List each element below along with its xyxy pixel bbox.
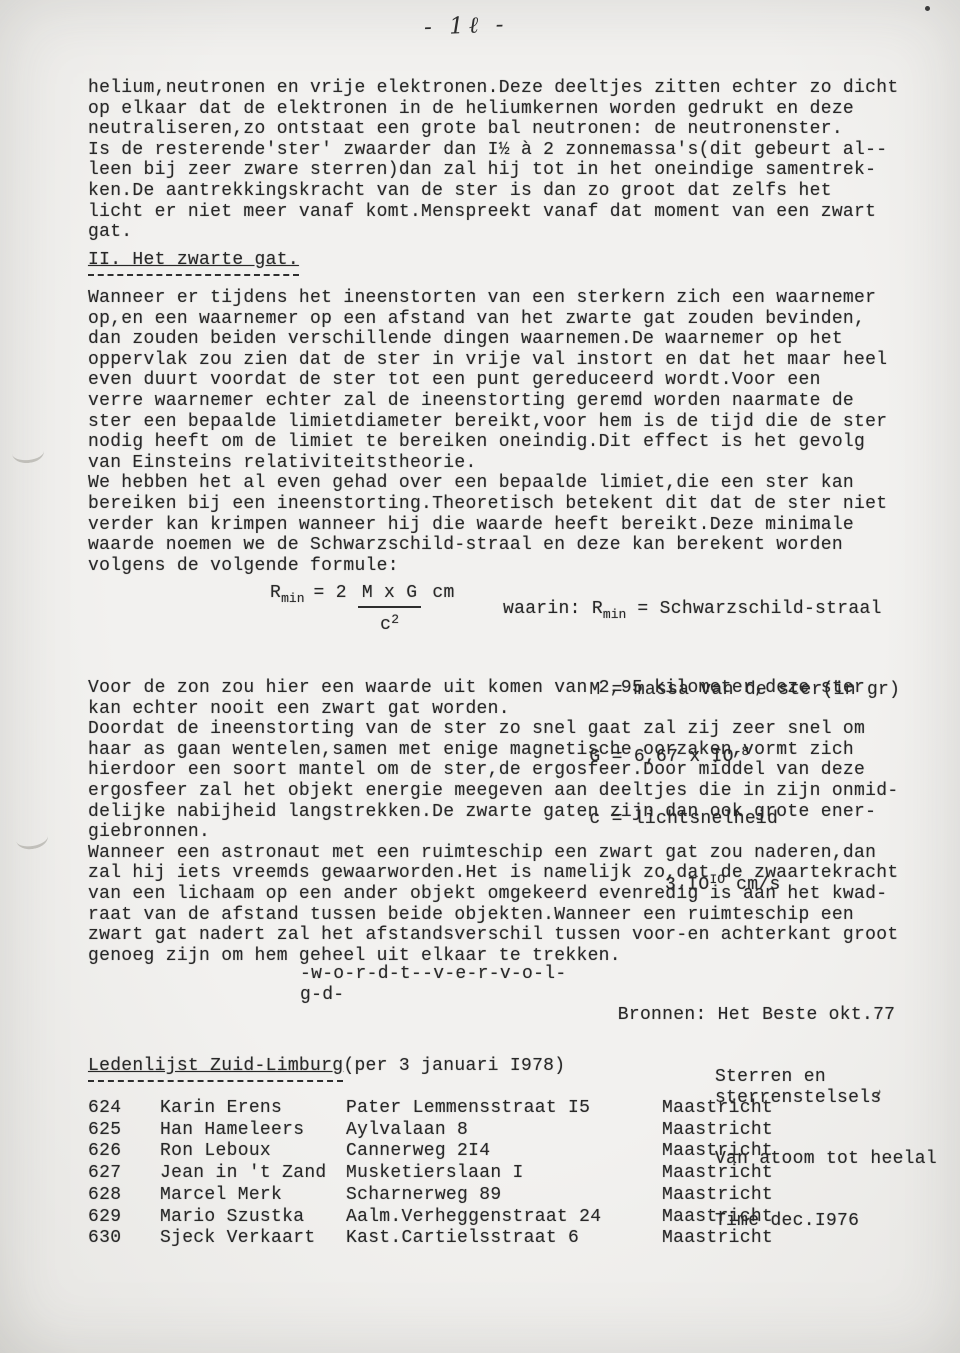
- member-no: 628: [88, 1185, 160, 1207]
- member-name: Karin Erens: [160, 1098, 346, 1120]
- member-name: Marcel Merk: [160, 1185, 346, 1207]
- sources-line: Bronnen: Het Beste okt.77: [618, 1005, 960, 1026]
- member-no: 624: [88, 1098, 160, 1120]
- member-table: 624 Karin Erens Pater Lemmensstraat I5 M…: [88, 1098, 773, 1250]
- to-be-continued-marker: -w-o-r-d-t--v-e-r-v-o-l-g-d-: [300, 964, 576, 1005]
- section-heading-text: II. Het zwarte gat.: [88, 250, 299, 276]
- formula-unit: cm: [432, 583, 454, 604]
- member-address: Musketierslaan I: [346, 1163, 662, 1185]
- member-city: Maastricht: [662, 1098, 773, 1120]
- body-paragraph-ergosphere: Voor de zon zou hier een waarde uit kome…: [88, 678, 898, 966]
- margin-mark: [14, 825, 49, 851]
- scanned-document-page: - 1ℓ - helium,neutronen en vrije elektro…: [0, 0, 960, 1353]
- memberlist-heading-underlined: Ledenlijst Zuid-Limburg: [88, 1056, 343, 1082]
- scan-speck-dot: [925, 6, 930, 11]
- legend-line-rmin: waarin: Rmin = Schwarzschild-straal: [503, 599, 900, 626]
- body-paragraph-black-hole: Wanneer er tijdens het ineenstorten van …: [88, 288, 887, 576]
- page-number: - 1ℓ -: [424, 15, 509, 39]
- formula-numerator: M x G: [358, 583, 422, 608]
- member-name: Sjeck Verkaart: [160, 1228, 346, 1250]
- member-city: Maastricht: [662, 1141, 773, 1163]
- formula-fraction: M x G c2: [358, 583, 422, 635]
- formula-denominator: c2: [380, 608, 399, 636]
- formula-expression: Rmin = 2 M x G c2 cm: [270, 583, 455, 635]
- member-no: 626: [88, 1141, 160, 1163]
- intro-paragraph: helium,neutronen en vrije elektronen.Dez…: [88, 78, 898, 243]
- section-heading: II. Het zwarte gat.: [88, 250, 299, 276]
- member-name: Ron Leboux: [160, 1141, 346, 1163]
- member-city: Maastricht: [662, 1185, 773, 1207]
- memberlist-heading-rest: (per 3 januari I978): [343, 1056, 565, 1076]
- member-name: Mario Szustka: [160, 1207, 346, 1229]
- member-address: Kast.Cartielsstraat 6: [346, 1228, 662, 1250]
- member-address: Aalm.Verheggenstraat 24: [346, 1207, 662, 1229]
- member-name: Han Hameleers: [160, 1120, 346, 1142]
- member-city: Maastricht: [662, 1163, 773, 1185]
- formula-equals: = 2: [314, 583, 347, 604]
- member-no: 627: [88, 1163, 160, 1185]
- member-address: Scharnerweg 89: [346, 1185, 662, 1207]
- sources-label: Bronnen:: [618, 1005, 718, 1025]
- member-address: Cannerweg 2I4: [346, 1141, 662, 1163]
- member-no: 629: [88, 1207, 160, 1229]
- formula-r-term: Rmin: [270, 583, 305, 610]
- schwarzschild-formula-block: Rmin = 2 M x G c2 cm waarin: Rmin = Schw…: [88, 556, 948, 678]
- member-no: 630: [88, 1228, 160, 1250]
- source-item: Het Beste okt.77: [718, 1005, 896, 1025]
- memberlist-heading: Ledenlijst Zuid-Limburg(per 3 januari I9…: [88, 1056, 565, 1082]
- member-city: Maastricht: [662, 1120, 773, 1142]
- member-city: Maastricht: [662, 1228, 773, 1250]
- member-name: Jean in 't Zand: [160, 1163, 346, 1185]
- member-city: Maastricht: [662, 1207, 773, 1229]
- margin-mark: [11, 440, 45, 464]
- member-address: Aylvalaan 8: [346, 1120, 662, 1142]
- member-no: 625: [88, 1120, 160, 1142]
- member-address: Pater Lemmensstraat I5: [346, 1098, 662, 1120]
